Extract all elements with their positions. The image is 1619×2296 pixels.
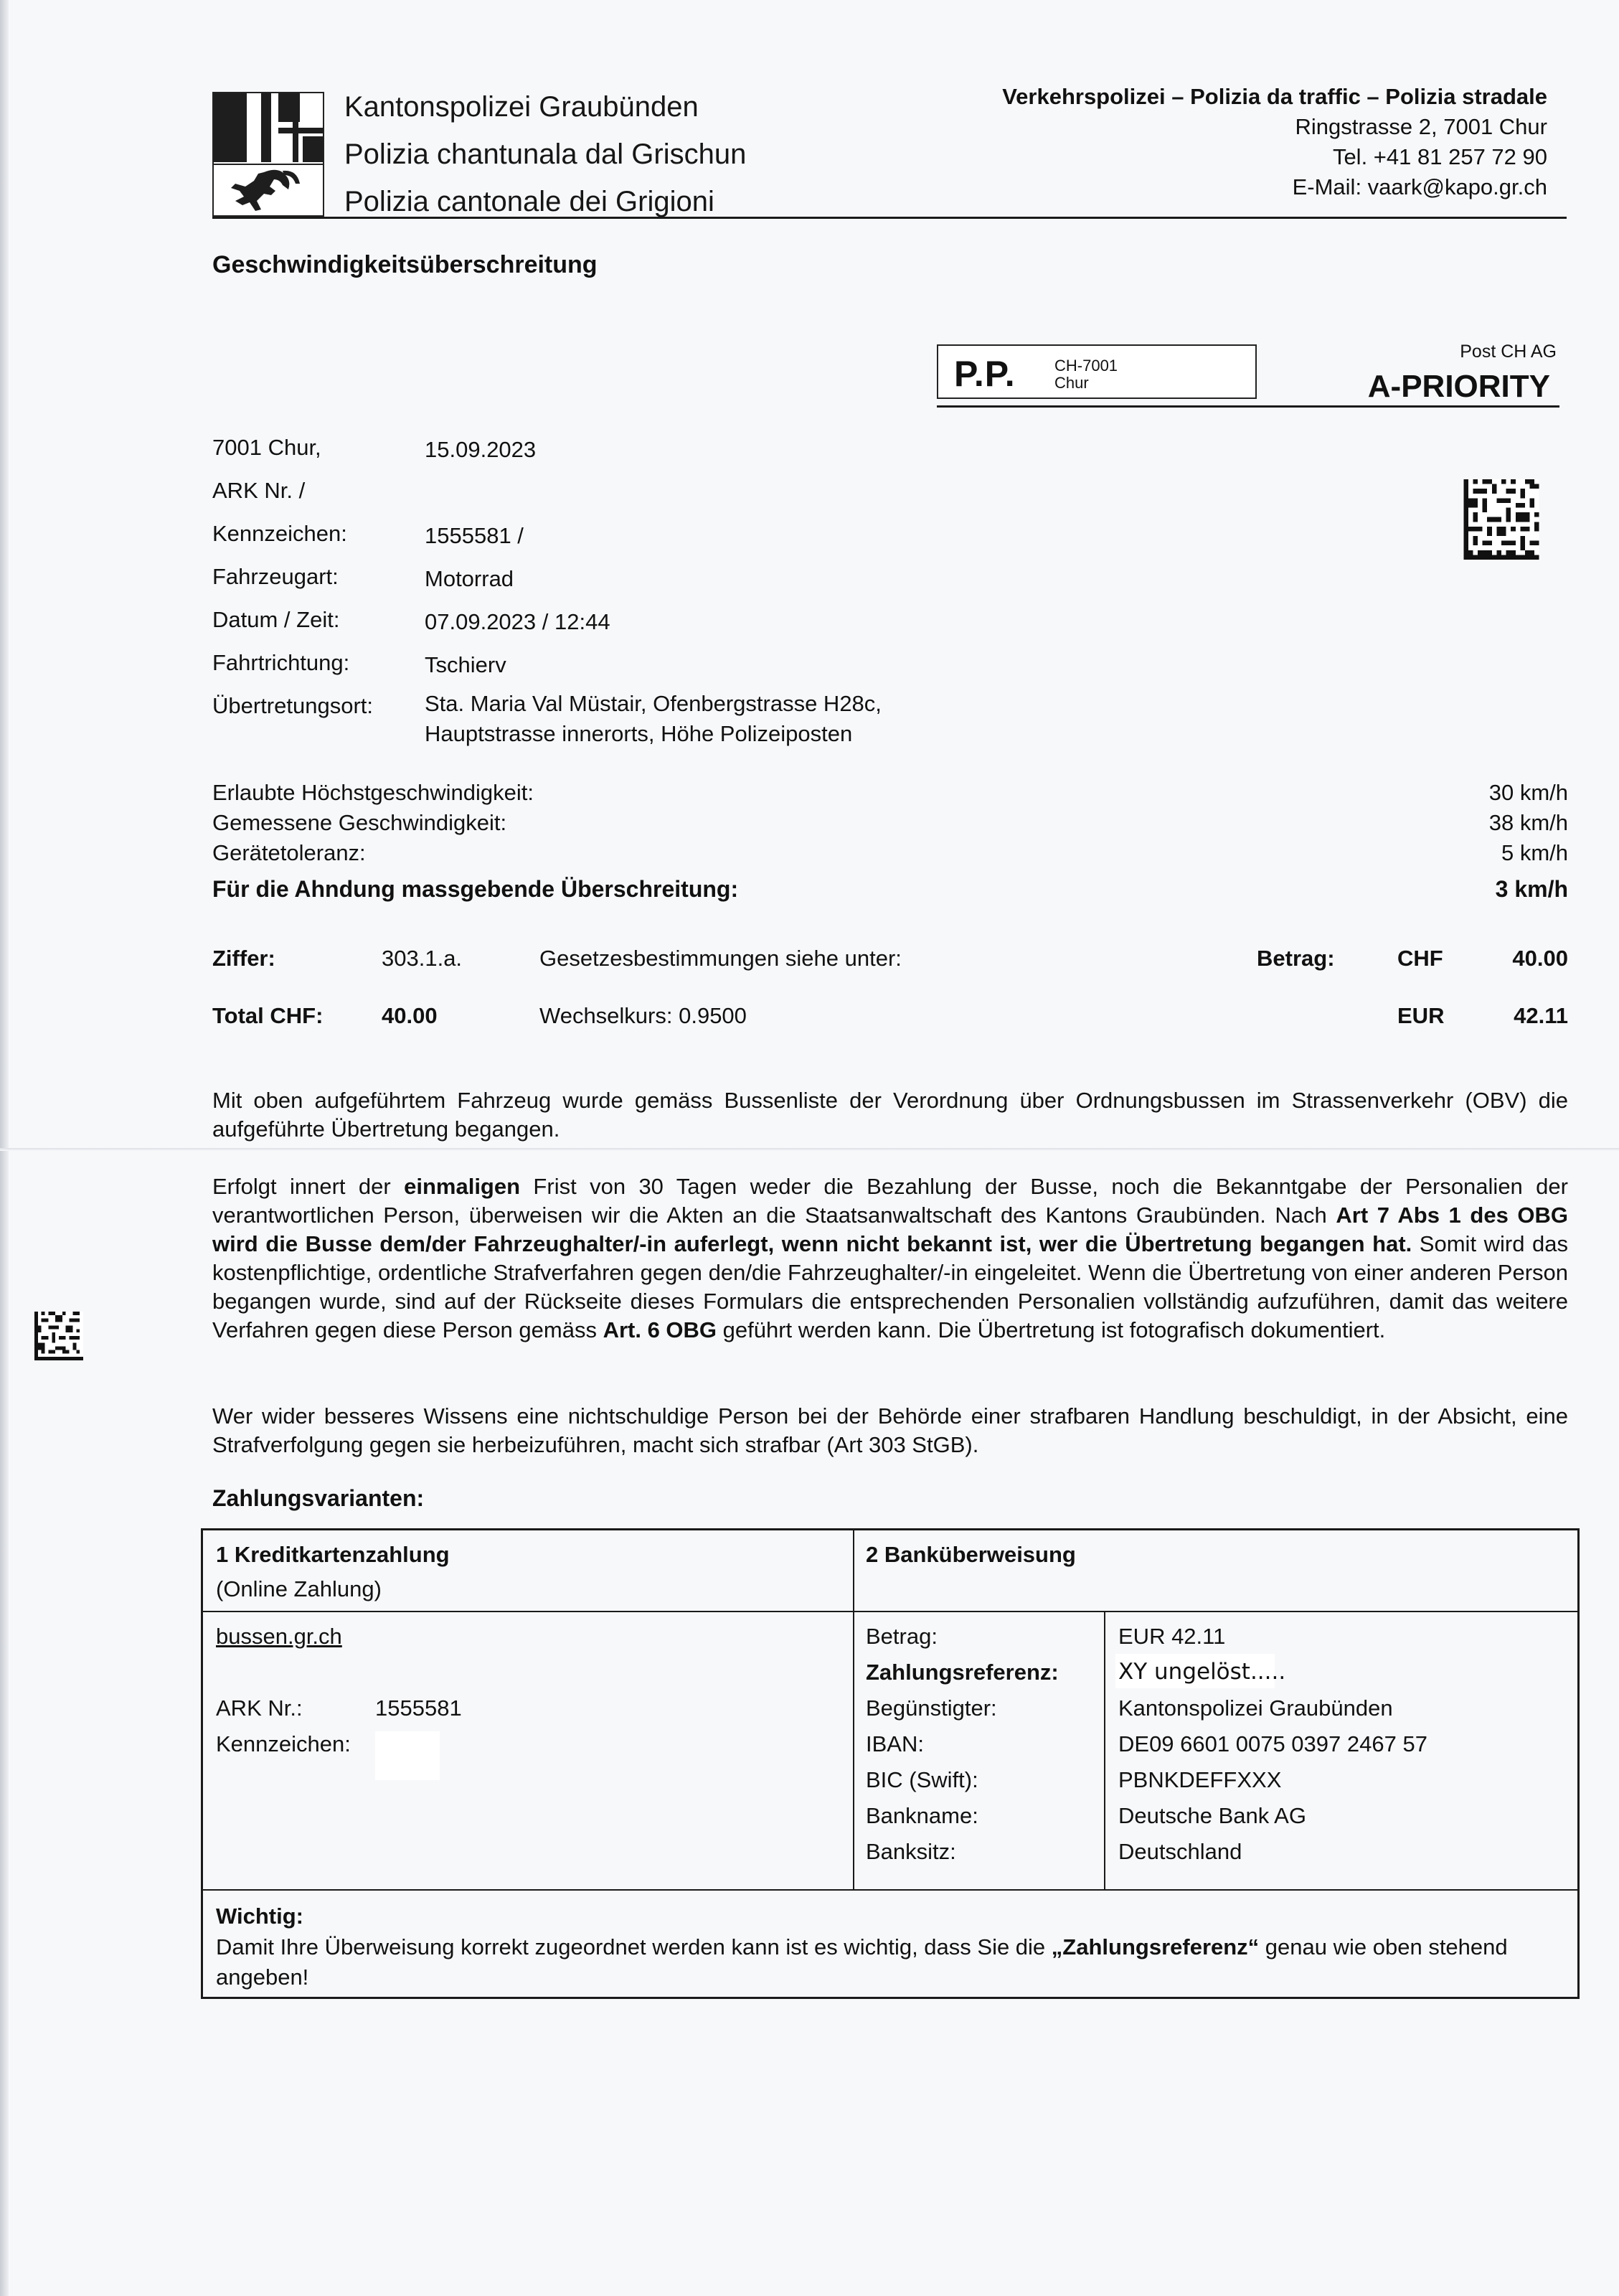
eur-amount: 42.11 bbox=[1514, 1003, 1568, 1029]
graubuenden-coat-of-arms-icon bbox=[212, 92, 324, 217]
bank-label-banklocation: Banksitz: bbox=[866, 1833, 956, 1870]
datetime-label: Datum / Zeit: bbox=[212, 607, 339, 633]
datetime-value: 07.09.2023 / 12:44 bbox=[425, 607, 610, 637]
bank-label-amount: Betrag: bbox=[866, 1618, 938, 1655]
code-value: 303.1.a. bbox=[382, 946, 462, 971]
payment-options-table: 1 Kreditkartenzahlung (Online Zahlung) b… bbox=[201, 1528, 1580, 1999]
mail-priority: A-PRIORITY bbox=[1368, 369, 1550, 405]
bank-transfer-title: 2 Banküberweisung bbox=[866, 1536, 1076, 1573]
code-label: Ziffer: bbox=[212, 946, 275, 971]
department-address: Ringstrasse 2, 7001 Chur bbox=[1002, 112, 1547, 142]
notice-text: Damit Ihre Überweisung korrekt zugeordne… bbox=[216, 1932, 1564, 1992]
location-value-line-1: Sta. Maria Val Müstair, Ofenbergstrasse … bbox=[425, 691, 882, 716]
exchange-rate: Wechselkurs: 0.9500 bbox=[539, 1003, 747, 1029]
card-payment-title: 1 Kreditkartenzahlung bbox=[216, 1536, 450, 1573]
department-email[interactable]: E-Mail: vaark@kapo.gr.ch bbox=[1002, 172, 1547, 202]
relevant-excess-label: Für die Ahndung massgebende Überschreitu… bbox=[212, 876, 738, 902]
table-divider bbox=[853, 1530, 854, 1889]
speed-row-max: Erlaubte Höchstgeschwindigkeit: 30 km/h bbox=[212, 778, 1568, 808]
fine-row-code: Ziffer: 303.1.a. Gesetzesbestimmungen si… bbox=[212, 946, 1568, 1003]
tolerance-value: 5 km/h bbox=[1501, 838, 1568, 868]
bank-value-amount: EUR 42.11 bbox=[1118, 1618, 1225, 1655]
organization-names: Kantonspolizei Graubünden Polizia chantu… bbox=[344, 83, 746, 225]
card-ark-value: 1555581 bbox=[375, 1690, 462, 1726]
paragraph-offence-statement: Mit oben aufgeführtem Fahrzeug wurde gem… bbox=[212, 1086, 1568, 1144]
speed-row-relevant: Für die Ahndung massgebende Überschreitu… bbox=[212, 874, 1568, 910]
place-date-value: 15.09.2023 bbox=[425, 435, 536, 465]
postage-postcode: CH-7001 bbox=[1054, 357, 1118, 375]
bank-label-reference: Zahlungsreferenz: bbox=[866, 1654, 1059, 1690]
department-name: Verkehrspolizei – Polizia da traffic – P… bbox=[1002, 82, 1547, 112]
bank-label-bankname: Bankname: bbox=[866, 1797, 978, 1834]
payment-options-title: Zahlungsvarianten: bbox=[212, 1485, 424, 1512]
eur-label: EUR bbox=[1397, 1003, 1444, 1029]
speed-row-measured: Gemessene Geschwindigkeit: 38 km/h bbox=[212, 808, 1568, 838]
bank-value-bankname: Deutsche Bank AG bbox=[1118, 1797, 1306, 1834]
postage-pp-label: P.P. bbox=[954, 353, 1016, 395]
paragraph-deadline-notice: Erfolgt innert der einmaligen Frist von … bbox=[212, 1172, 1568, 1345]
place-date-label: 7001 Chur, bbox=[212, 435, 321, 461]
bank-label-bic: BIC (Swift): bbox=[866, 1761, 978, 1798]
table-divider bbox=[1104, 1611, 1105, 1889]
department-phone: Tel. +41 81 257 72 90 bbox=[1002, 142, 1547, 172]
vehicle-type-label: Fahrzeugart: bbox=[212, 564, 339, 590]
redacted-plate-value bbox=[375, 1731, 440, 1780]
speed-row-tolerance: Gerätetoleranz: 5 km/h bbox=[212, 838, 1568, 868]
postal-carrier: Post CH AG bbox=[1460, 342, 1557, 362]
text-run: Damit Ihre Überweisung korrekt zugeordne… bbox=[216, 1934, 1052, 1959]
paragraph-false-accusation-warning: Wer wider besseres Wissens eine nichtsch… bbox=[212, 1402, 1568, 1459]
table-divider bbox=[203, 1611, 1577, 1612]
bank-value-beneficiary: Kantonspolizei Graubünden bbox=[1118, 1690, 1393, 1726]
text-run: Erfolgt innert der bbox=[212, 1174, 404, 1199]
postage-origin: CH-7001 Chur bbox=[1054, 357, 1118, 392]
bank-value-banklocation: Deutschland bbox=[1118, 1833, 1242, 1870]
plate-label: Kennzeichen: bbox=[212, 521, 347, 547]
card-ark-label: ARK Nr.: bbox=[216, 1690, 303, 1726]
org-name-rm: Polizia chantunala dal Grischun bbox=[344, 131, 746, 178]
amount-label: Betrag: bbox=[1257, 946, 1335, 971]
department-contact: Verkehrspolizei – Polizia da traffic – P… bbox=[1002, 82, 1547, 202]
location-label: Übertretungsort: bbox=[212, 693, 373, 719]
direction-label: Fahrtrichtung: bbox=[212, 650, 349, 676]
measured-speed-label: Gemessene Geschwindigkeit: bbox=[212, 810, 506, 835]
postage-city: Chur bbox=[1054, 375, 1118, 392]
card-payment-link-cell: bussen.gr.ch bbox=[216, 1618, 342, 1655]
law-reference-label: Gesetzesbestimmungen siehe unter: bbox=[539, 946, 902, 971]
fine-summary: Ziffer: 303.1.a. Gesetzesbestimmungen si… bbox=[212, 946, 1568, 1060]
speed-summary: Erlaubte Höchstgeschwindigkeit: 30 km/h … bbox=[212, 778, 1568, 910]
vehicle-type-value: Motorrad bbox=[425, 564, 514, 594]
location-value: Sta. Maria Val Müstair, Ofenbergstrasse … bbox=[425, 689, 882, 749]
total-chf-label: Total CHF: bbox=[212, 1003, 323, 1029]
org-name-de: Kantonspolizei Graubünden bbox=[344, 83, 746, 131]
header-divider bbox=[212, 217, 1567, 219]
total-chf-value: 40.00 bbox=[382, 1003, 438, 1029]
emphasis-run: einmaligen bbox=[404, 1174, 520, 1199]
table-divider bbox=[203, 1889, 1577, 1891]
bank-value-bic: PBNKDEFFXXX bbox=[1118, 1761, 1281, 1798]
ark-label: ARK Nr. / bbox=[212, 478, 305, 504]
fine-row-total: Total CHF: 40.00 Wechselkurs: 0.9500 EUR… bbox=[212, 1003, 1568, 1060]
bank-label-iban: IBAN: bbox=[866, 1726, 924, 1762]
plate-value: 1555581 / bbox=[425, 521, 524, 551]
text-run: geführt werden kann. Die Übertretung ist… bbox=[717, 1317, 1385, 1342]
card-payment-subtitle: (Online Zahlung) bbox=[216, 1571, 382, 1607]
measured-speed-value: 38 km/h bbox=[1489, 808, 1568, 838]
emphasis-run: „Zahlungsreferenz“ bbox=[1052, 1934, 1259, 1959]
bank-value-reference: XY ungelöst..... bbox=[1118, 1654, 1285, 1690]
max-speed-label: Erlaubte Höchstgeschwindigkeit: bbox=[212, 780, 534, 805]
payment-website-link[interactable]: bussen.gr.ch bbox=[216, 1624, 342, 1649]
max-speed-value: 30 km/h bbox=[1489, 778, 1568, 808]
datamatrix-barcode-icon bbox=[34, 1312, 83, 1360]
location-value-line-2: Hauptstrasse innerorts, Höhe Polizeipost… bbox=[425, 721, 852, 746]
chf-amount: 40.00 bbox=[1512, 946, 1568, 971]
chf-label: CHF bbox=[1397, 946, 1443, 971]
datamatrix-barcode-icon bbox=[1463, 479, 1539, 560]
postage-paid-box: P.P. CH-7001 Chur bbox=[937, 344, 1257, 399]
bank-value-iban: DE09 6601 0075 0397 2467 57 bbox=[1118, 1726, 1427, 1762]
direction-value: Tschierv bbox=[425, 650, 506, 680]
paper-fold bbox=[0, 1148, 1619, 1151]
bank-label-beneficiary: Begünstigter: bbox=[866, 1690, 997, 1726]
document-title: Geschwindigkeitsüberschreitung bbox=[212, 251, 598, 279]
postage-divider bbox=[937, 405, 1559, 408]
relevant-excess-value: 3 km/h bbox=[1496, 874, 1568, 904]
card-plate-label: Kennzeichen: bbox=[216, 1726, 351, 1762]
emphasis-run: Art. 6 OBG bbox=[603, 1317, 717, 1342]
tolerance-label: Gerätetoleranz: bbox=[212, 840, 366, 865]
notice-title: Wichtig: bbox=[216, 1898, 303, 1934]
